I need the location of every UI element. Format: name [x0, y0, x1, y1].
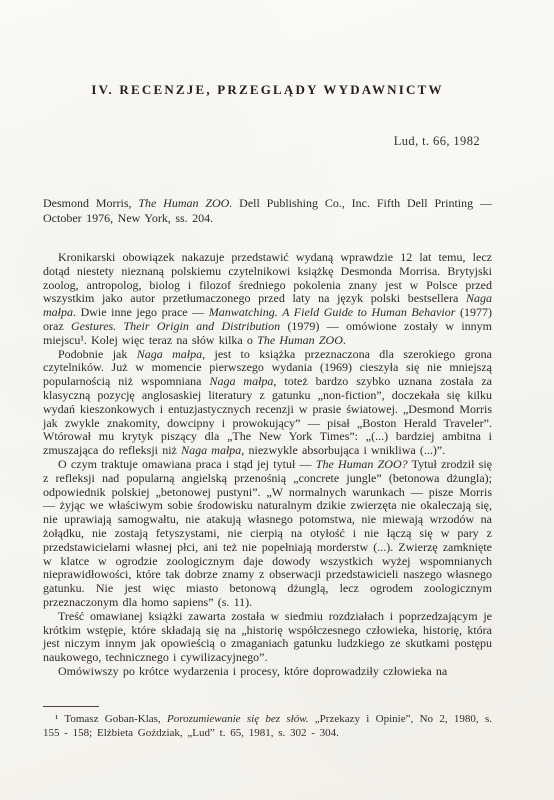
italic-text-run: Naga małpa: [137, 347, 202, 361]
italic-text-run: Gestures. Their Origin and Distribution: [71, 319, 280, 333]
paragraph: Podobnie jak Naga małpa, jest to książka…: [43, 348, 492, 458]
paragraph: Kronikarski obowiązek nakazuje przedstaw…: [43, 251, 492, 348]
scanned-journal-page: IV. RECENZJE, PRZEGLĄDY WYDAWNICTW Lud, …: [0, 0, 554, 800]
footnote-separator: [43, 706, 99, 707]
text-run: Tytuł zrodził się z refleksji nad popula…: [43, 457, 492, 609]
footnote-block: ¹ Tomasz Goban-Klas, Porozumiewanie się …: [43, 706, 492, 740]
footnote-text: ¹ Tomasz Goban-Klas, Porozumiewanie się …: [43, 713, 492, 740]
text-run: Desmond Morris,: [43, 196, 138, 210]
section-title: IV. RECENZJE, PRZEGLĄDY WYDAWNICTW: [43, 82, 492, 98]
text-run: , niezwykle absorbująca i wnikliwa (...)…: [241, 443, 445, 457]
journal-volume-line: Lud, t. 66, 1982: [43, 134, 492, 149]
text-run: Podobnie jak: [58, 347, 137, 361]
paragraph: Treść omawianej książki zawarta została …: [43, 610, 492, 665]
italic-text-run: The Human ZOO.: [138, 196, 232, 210]
text-run: . Dwie inne jego prace —: [73, 305, 209, 319]
text-run: O czym traktuje omawiana praca i stąd je…: [58, 457, 316, 471]
page-content: IV. RECENZJE, PRZEGLĄDY WYDAWNICTW Lud, …: [43, 0, 492, 679]
body-paragraphs: Kronikarski obowiązek nakazuje przedstaw…: [43, 251, 492, 679]
text-run: Omówiwszy po krótce wydarzenia i procesy…: [58, 664, 447, 678]
italic-text-run: The Human ZOO: [257, 333, 343, 347]
text-run: Kronikarski obowiązek nakazuje przedstaw…: [43, 250, 492, 305]
italic-text-run: Porozumiewanie się bez słów.: [167, 713, 308, 725]
italic-text-run: Manwatching. A Field Guide to Human Beha…: [209, 305, 456, 319]
text-run: ¹ Tomasz Goban-Klas,: [55, 713, 167, 725]
bibliography-entry: Desmond Morris, The Human ZOO. Dell Publ…: [43, 196, 492, 225]
text-run: .: [343, 333, 346, 347]
italic-text-run: The Human ZOO?: [316, 457, 408, 471]
italic-text-run: Naga małpa: [209, 374, 273, 388]
paragraph: Omówiwszy po krótce wydarzenia i procesy…: [43, 665, 492, 679]
paragraph: O czym traktuje omawiana praca i stąd je…: [43, 458, 492, 610]
text-run: Treść omawianej książki zawarta została …: [43, 609, 492, 664]
italic-text-run: Naga małpa: [181, 443, 241, 457]
